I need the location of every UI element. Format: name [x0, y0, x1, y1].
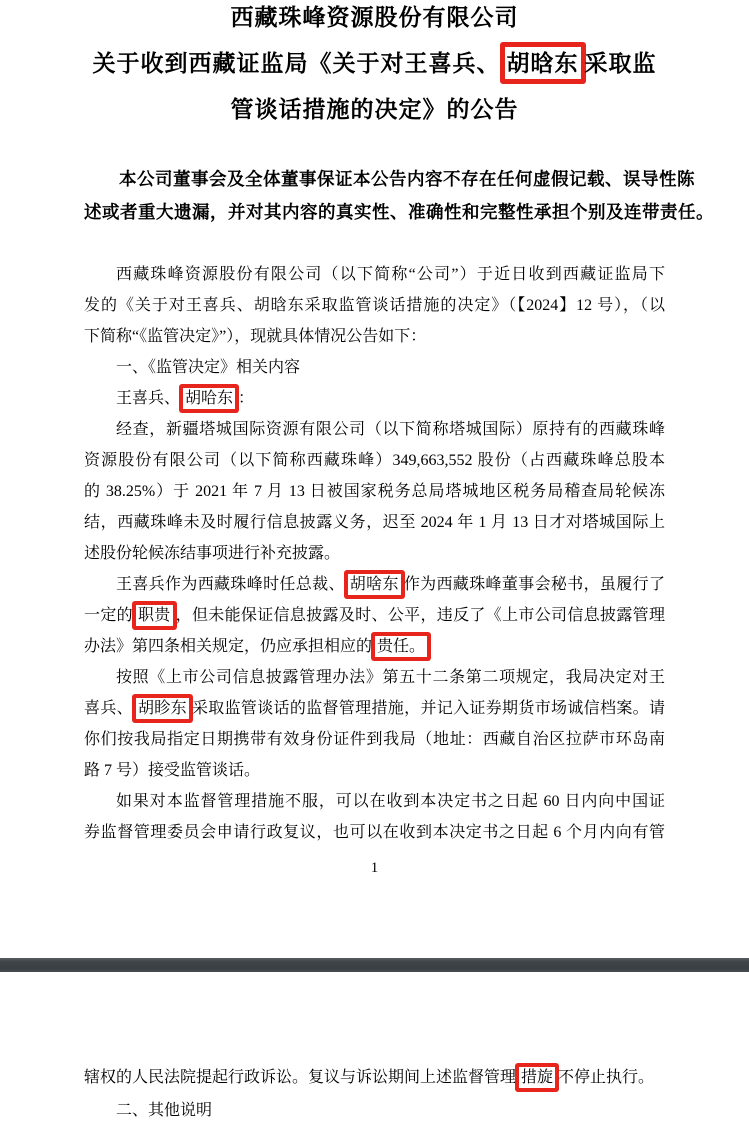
body-text: 如果对本监督管理措施不服，可以在收到本决定书之日起 60 日内向中国证: [116, 793, 665, 810]
body-line: 辖权的人民法院提起行政诉讼。复议与诉讼期间上述监督管理措旋不停止执行。: [84, 1061, 665, 1094]
body-text: 述股份轮候冻结事项进行补充披露。: [84, 545, 340, 562]
body-line: 王喜兵作为西藏珠峰时任总裁、胡啥东作为西藏珠峰董事会秘书，虽履行了: [84, 569, 665, 600]
statement-text: 本公司董事会及全体董事保证本公告内容不存在任何虚假记载、误导性陈: [119, 169, 695, 189]
statement-text: 述或者重大遗漏，并对其内容的真实性、准确性和完整性承担个别及连带责任。: [84, 202, 714, 222]
body-line: 如果对本监督管理措施不服，可以在收到本决定书之日起 60 日内向中国证: [84, 786, 665, 817]
body-text-block: 辖权的人民法院提起行政诉讼。复议与诉讼期间上述监督管理措旋不停止执行。 二、其他…: [84, 1061, 665, 1127]
body-text: 资源股份有限公司（以下简称西藏珠峰）349,663,552 股份（占西藏珠峰总股…: [84, 452, 665, 469]
body-line: 王喜兵、胡哈东：: [84, 383, 665, 414]
title-text: 管谈话措施的决定》的公告: [231, 96, 519, 122]
body-line: 券监督管理委员会申请行政复议，也可以在收到本决定书之日起 6 个月内向有管: [84, 817, 665, 848]
title-text: 关于收到西藏证监局《关于对王喜兵、: [93, 50, 501, 76]
title-line-3: 管谈话措施的决定》的公告: [0, 86, 749, 132]
body-text: 王喜兵、: [116, 390, 180, 407]
body-text: 办法》第四条相关规定，仍应承担相应的: [84, 638, 372, 655]
body-text: 结，西藏珠峰未及时履行信息披露义务，迟至 2024 年 1 月 13 日才对塔城…: [84, 514, 665, 531]
typo-highlight-box: 胡眕东: [132, 694, 193, 723]
body-text: 喜兵、: [84, 700, 133, 717]
body-text: 一定的: [84, 607, 133, 624]
body-text: 采取监管谈话的监督管理措施，并记入证券期货市场诚信档案。请: [192, 700, 665, 717]
typo-highlight-box: 胡晗东: [500, 42, 586, 84]
body-line: 一定的职贵，但未能保证信息披露及时、公平，违反了《上市公司信息披露管理: [84, 600, 665, 631]
body-line: 经查，新疆塔城国际资源有限公司（以下简称塔城国际）原持有的西藏珠峰: [84, 414, 665, 445]
body-text: 路 7 号）接受监管谈话。: [84, 762, 260, 779]
body-line: 结，西藏珠峰未及时履行信息披露义务，迟至 2024 年 1 月 13 日才对塔城…: [84, 507, 665, 538]
body-line: 的 38.25%）于 2021 年 7 月 13 日被国家税务总局塔城地区税务局…: [84, 476, 665, 507]
body-text: 西藏珠峰资源股份有限公司（以下简称“公司”）于近日收到西藏证监局下: [116, 266, 665, 283]
typo-highlight-box: 贵任。: [371, 632, 431, 661]
page-number: 1: [0, 860, 749, 877]
body-text: 按照《上市公司信息披露管理办法》第五十二条第二项规定，我局决定对王: [116, 669, 665, 686]
typo-highlight-box: 胡哈东: [179, 384, 239, 413]
body-text-block: 西藏珠峰资源股份有限公司（以下简称“公司”）于近日收到西藏证监局下 发的《关于对…: [84, 259, 665, 848]
title-text: 采取监: [585, 50, 657, 76]
body-text: 发的《关于对王喜兵、胡晗东采取监管谈话措施的决定》（【2024】12 号），（以: [84, 297, 665, 314]
section-heading: 一、《监管决定》相关内容: [84, 352, 665, 383]
body-text: 经查，新疆塔城国际资源有限公司（以下简称塔城国际）原持有的西藏珠峰: [116, 421, 665, 438]
statement-line: 述或者重大遗漏，并对其内容的真实性、准确性和完整性承担个别及连带责任。: [84, 196, 665, 229]
document-viewer: 西藏珠峰资源股份有限公司 关于收到西藏证监局《关于对王喜兵、胡晗东采取监 管谈话…: [0, 0, 749, 1133]
body-line: 路 7 号）接受监管谈话。: [84, 755, 665, 786]
body-line: 按照《上市公司信息披露管理办法》第五十二条第二项规定，我局决定对王: [84, 662, 665, 693]
body-text: 下简称“《监管决定》”），现就具体情况公告如下：: [84, 328, 426, 345]
typo-highlight-box: 胡啥东: [344, 570, 405, 599]
title-text: 西藏珠峰资源股份有限公司: [231, 4, 519, 30]
body-text: 二、其他说明: [116, 1102, 212, 1119]
document-title: 西藏珠峰资源股份有限公司 关于收到西藏证监局《关于对王喜兵、胡晗东采取监 管谈话…: [0, 0, 749, 132]
page-gap-bar: [0, 958, 749, 972]
body-text: 一、《监管决定》相关内容: [116, 359, 300, 376]
title-line-1: 西藏珠峰资源股份有限公司: [0, 0, 749, 40]
body-text: 你们按我局指定日期携带有效身份证件到我局（地址：西藏自治区拉萨市环岛南: [84, 731, 665, 748]
statement-line: 本公司董事会及全体董事保证本公告内容不存在任何虚假记载、误导性陈: [84, 163, 665, 196]
body-text: ：: [238, 390, 254, 407]
title-line-2: 关于收到西藏证监局《关于对王喜兵、胡晗东采取监: [0, 40, 749, 86]
body-line: 发的《关于对王喜兵、胡晗东采取监管谈话措施的决定》（【2024】12 号），（以: [84, 290, 665, 321]
body-text: 辖权的人民法院提起行政诉讼。复议与诉讼期间上述监督管理: [84, 1069, 516, 1086]
typo-highlight-box: 职贵: [132, 601, 177, 630]
body-text: 王喜兵作为西藏珠峰时任总裁、: [116, 576, 345, 593]
body-line: 你们按我局指定日期携带有效身份证件到我局（地址：西藏自治区拉萨市环岛南: [84, 724, 665, 755]
body-text: 的 38.25%）于 2021 年 7 月 13 日被国家税务总局塔城地区税务局…: [84, 483, 665, 500]
body-text: 作为西藏珠峰董事会秘书，虽履行了: [404, 576, 665, 593]
typo-highlight-box: 措旋: [515, 1063, 559, 1092]
body-line: 办法》第四条相关规定，仍应承担相应的贵任。: [84, 631, 665, 662]
body-line: 资源股份有限公司（以下简称西藏珠峰）349,663,552 股份（占西藏珠峰总股…: [84, 445, 665, 476]
body-text: 不停止执行。: [558, 1069, 654, 1086]
body-line: 西藏珠峰资源股份有限公司（以下简称“公司”）于近日收到西藏证监局下: [84, 259, 665, 290]
body-line: 下简称“《监管决定》”），现就具体情况公告如下：: [84, 321, 665, 352]
board-statement: 本公司董事会及全体董事保证本公告内容不存在任何虚假记载、误导性陈 述或者重大遗漏…: [84, 163, 665, 229]
body-text: 券监督管理委员会申请行政复议，也可以在收到本决定书之日起 6 个月内向有管: [84, 824, 665, 841]
section-heading: 二、其他说明: [84, 1094, 665, 1127]
body-line: 喜兵、胡眕东采取监管谈话的监督管理措施，并记入证券期货市场诚信档案。请: [84, 693, 665, 724]
body-line: 述股份轮候冻结事项进行补充披露。: [84, 538, 665, 569]
body-text: ，但未能保证信息披露及时、公平，违反了《上市公司信息披露管理: [176, 607, 665, 624]
